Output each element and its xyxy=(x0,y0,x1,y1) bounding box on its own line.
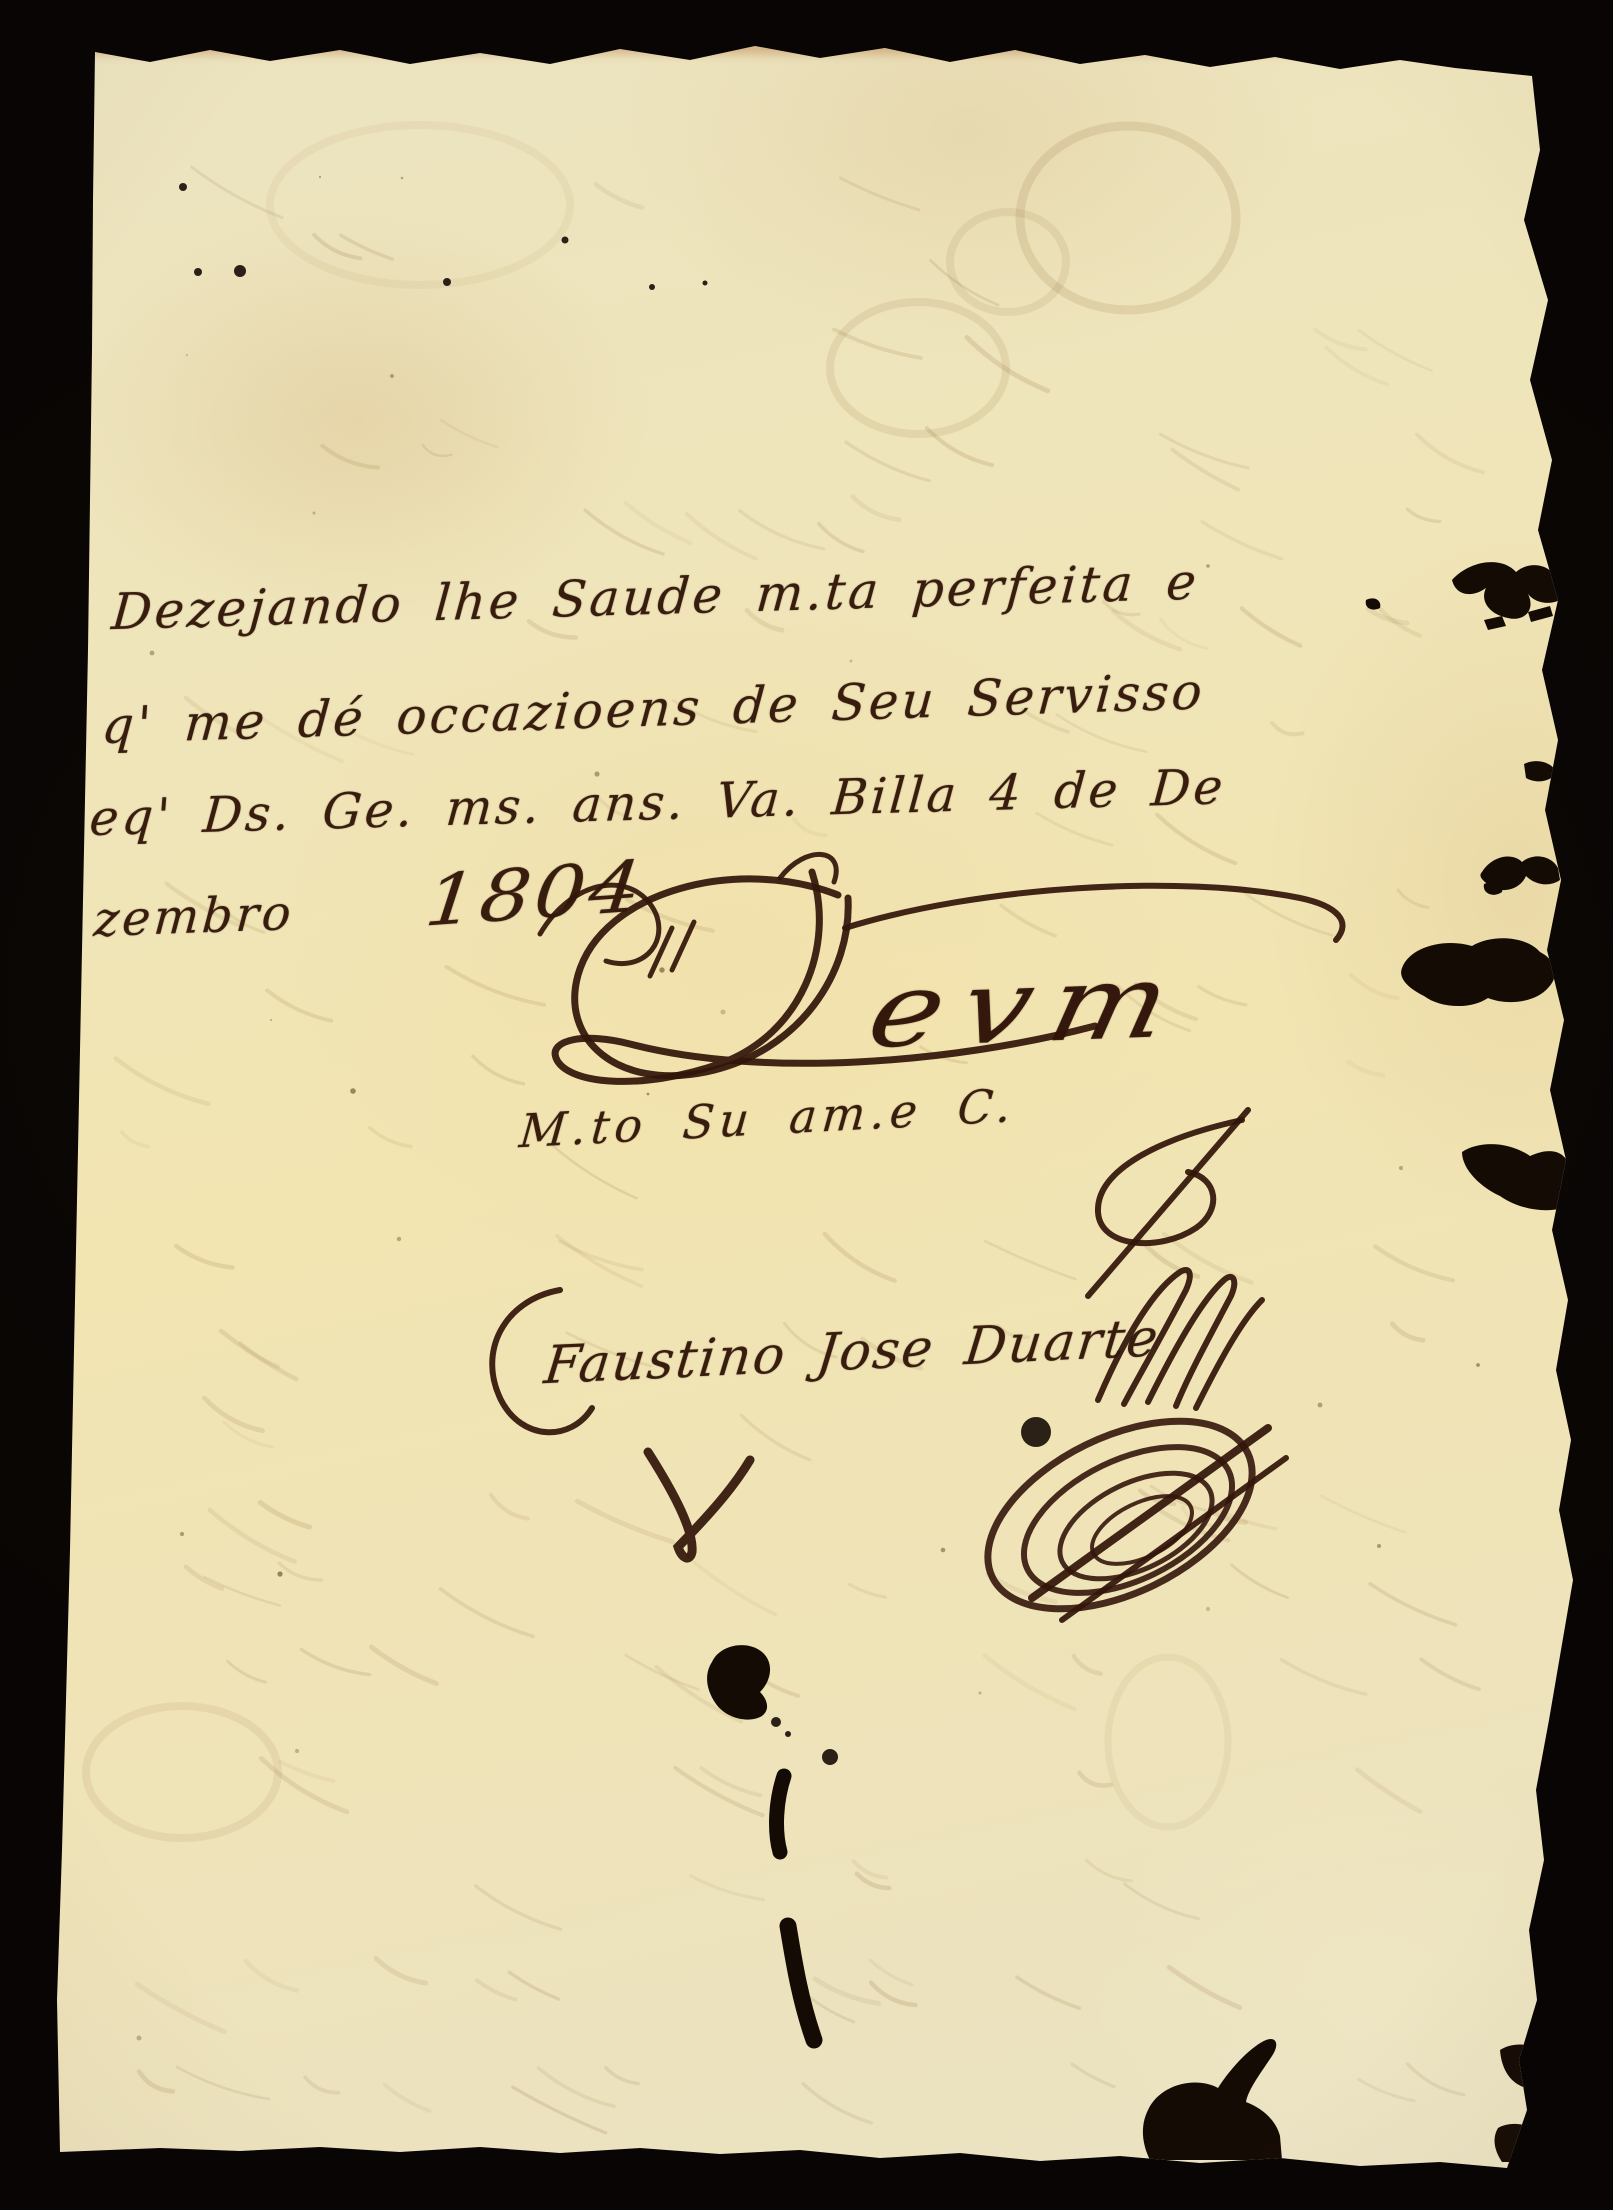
photo-background: Dezejando lhe Saude m.ta perfeita e q' m… xyxy=(0,0,1613,2210)
paper-vignette xyxy=(0,0,1613,2210)
manuscript-page: Dezejando lhe Saude m.ta perfeita e q' m… xyxy=(0,0,1613,2210)
